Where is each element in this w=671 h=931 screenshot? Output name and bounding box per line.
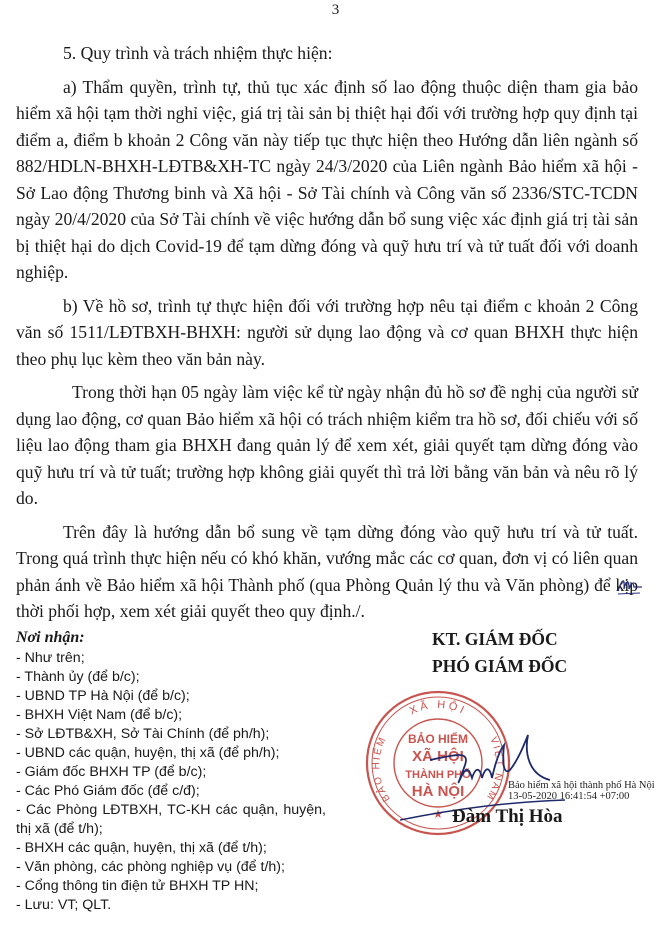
document-body: 5. Quy trình và trách nhiệm thực hiện: a… — [16, 40, 638, 632]
signature-title-line1: KT. GIÁM ĐỐC — [432, 626, 567, 653]
signature-title-line2: PHÓ GIÁM ĐỐC — [432, 653, 567, 680]
recipient-item: - Như trên; — [16, 649, 326, 668]
recipient-item: - Các Phó Giám đốc (để c/đ); — [16, 782, 326, 801]
initials-mark-icon — [616, 575, 644, 597]
page-number: 3 — [0, 2, 671, 19]
paragraph-closing: Trên đây là hướng dẫn bổ sung về tạm dừn… — [16, 519, 638, 625]
recipients-list: Nơi nhận: - Như trên;- Thành ủy (để b/c)… — [16, 628, 326, 915]
recipient-item: - Cổng thông tin điện tử BHXH TP HN; — [16, 877, 326, 896]
recipient-item: - Lưu: VT; QLT. — [16, 896, 326, 915]
svg-text:XÃ HỘI: XÃ HỘI — [408, 698, 469, 717]
recipient-item: - Giám đốc BHXH TP (để b/c); — [16, 763, 326, 782]
section-heading: 5. Quy trình và trách nhiệm thực hiện: — [16, 40, 638, 67]
recipient-item: - UBND TP Hà Nội (để b/c); — [16, 687, 326, 706]
recipient-item: - Các Phòng LĐTBXH, TC-KH các quận, huyệ… — [16, 801, 326, 839]
paragraph-b: b) Về hồ sơ, trình tự thực hiện đối với … — [16, 293, 638, 373]
recipient-item: - BHXH Việt Nam (để b/c); — [16, 706, 326, 725]
paragraph-deadline: Trong thời hạn 05 ngày làm việc kể từ ng… — [16, 379, 638, 512]
recipients-title: Nơi nhận: — [16, 628, 326, 648]
recipient-item: - Văn phòng, các phòng nghiệp vụ (để t/h… — [16, 858, 326, 877]
recipient-item: - Thành ủy (để b/c); — [16, 668, 326, 687]
signer-name: Đàm Thị Hòa — [452, 806, 563, 828]
recipient-item: - Sở LĐTB&XH, Sở Tài Chính (để ph/h); — [16, 725, 326, 744]
digital-signature-info: Bảo hiểm xã hội thành phố Hà Nội 13-05-2… — [508, 780, 655, 802]
recipient-item: - UBND các quận, huyện, thị xã (để ph/h)… — [16, 744, 326, 763]
digital-signature-org: Bảo hiểm xã hội thành phố Hà Nội — [508, 780, 655, 791]
paragraph-a: a) Thẩm quyền, trình tự, thủ tục xác địn… — [16, 74, 638, 286]
signature-title-block: KT. GIÁM ĐỐC PHÓ GIÁM ĐỐC — [432, 626, 567, 680]
recipient-item: - BHXH các quận, huyện, thị xã (để t/h); — [16, 839, 326, 858]
digital-signature-time: 13-05-2020 16:41:54 +07:00 — [508, 791, 655, 802]
